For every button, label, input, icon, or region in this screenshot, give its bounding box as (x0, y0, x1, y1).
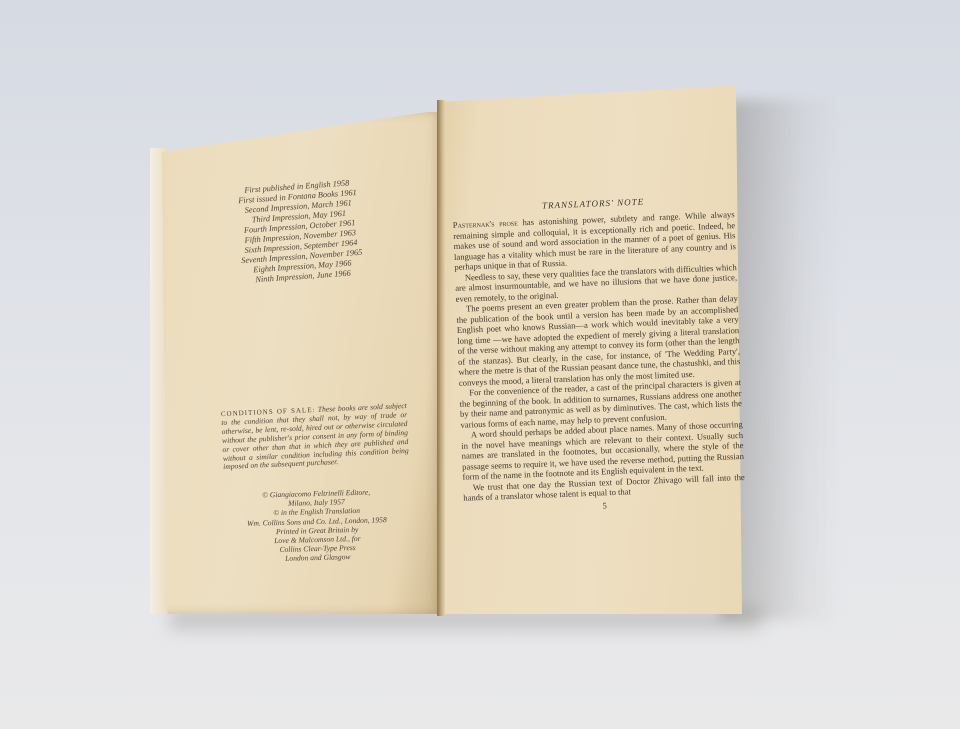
impression-history: First published in English 1958 First is… (212, 176, 389, 288)
translators-note: TRANSLATORS' NOTE Pasternak's prose has … (452, 193, 746, 515)
open-book: First published in English 1958 First is… (0, 0, 960, 729)
conditions-of-sale: CONDITIONS OF SALE: These books are sold… (221, 402, 410, 472)
note-paragraph: The poems present an even greater proble… (456, 293, 741, 388)
imprint-block: First published in English 1958 First is… (215, 182, 385, 282)
book-gutter (437, 100, 445, 616)
note-body: Pasternak's prose has astonishing power,… (453, 209, 746, 503)
copyright-block: © Giangiacomo Feltrinelli Editore, Milan… (221, 487, 413, 566)
